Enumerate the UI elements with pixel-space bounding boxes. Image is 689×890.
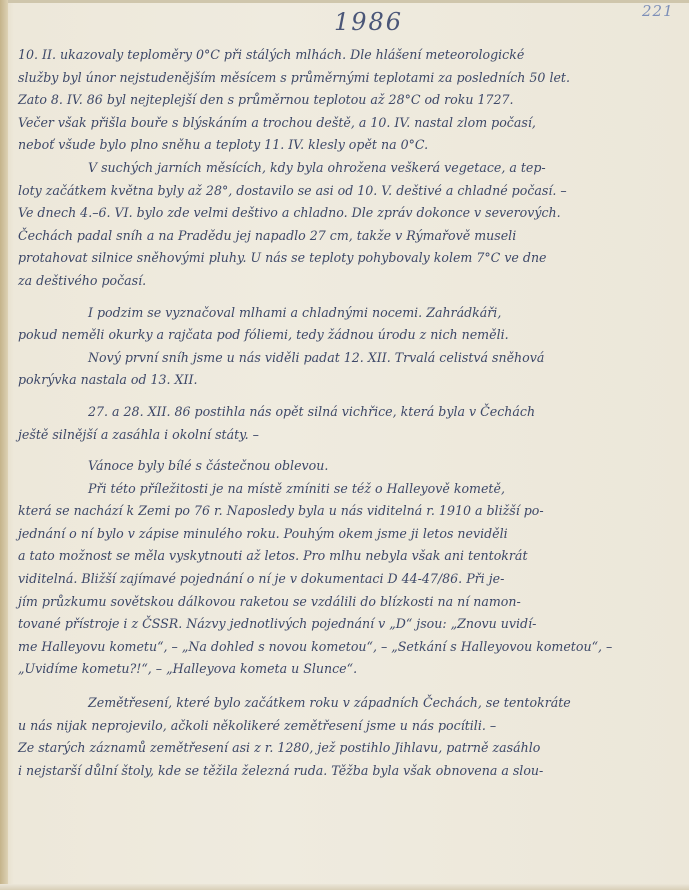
text-line: služby byl únor nejstudenějším měsícem s… [18, 67, 648, 90]
year-heading: 1986 [334, 8, 403, 36]
chronicle-page: 221 1986 10. II. ukazovaly teploměry 0°C… [0, 0, 689, 890]
text-line: viditelná. Bližší zajímavé pojednání o n… [18, 568, 648, 591]
text-line: Vánoce byly bílé s částečnou oblevou. [18, 455, 648, 478]
text-line: pokud neměli okurky a rajčata pod fóliem… [18, 324, 648, 347]
text-line: Večer však přišla bouře s blýskáním a tr… [18, 112, 648, 135]
text-line: která se nachází k Zemi po 76 r. Naposle… [18, 500, 648, 523]
text-line: Zato 8. IV. 86 byl nejteplejší den s prů… [18, 89, 648, 112]
text-line: Zemětřesení, které bylo začátkem roku v … [18, 692, 648, 715]
text-line: u nás nijak neprojevilo, ačkoli několike… [18, 715, 648, 738]
text-line: Ve dnech 4.–6. VI. bylo zde velmi deštiv… [18, 202, 648, 225]
page-number: 221 [642, 2, 674, 20]
text-line: Čechách padal sníh a na Pradědu jej napa… [18, 225, 648, 248]
text-line: jednání o ní bylo v zápise minulého roku… [18, 523, 648, 546]
text-line: Ze starých záznamů zemětřesení asi z r. … [18, 737, 648, 760]
text-line: tované přístroje i z ČSSR. Názvy jednotl… [18, 613, 648, 636]
book-binding-edge [0, 0, 8, 890]
text-line: I podzim se vyznačoval mlhami a chladným… [18, 302, 648, 325]
text-line: za deštivého počasí. [18, 270, 648, 293]
text-line: neboť všude bylo plno sněhu a teploty 11… [18, 134, 648, 157]
text-line: i nejstarší důlní štoly, kde se těžila ž… [18, 760, 648, 783]
handwritten-text-block: 10. II. ukazovaly teploměry 0°C při stál… [18, 44, 648, 782]
text-line: Při této příležitosti je na místě zmínit… [18, 478, 648, 501]
text-line: 10. II. ukazovaly teploměry 0°C při stál… [18, 44, 648, 67]
text-line: ještě silnější a zasáhla i okolní státy.… [18, 424, 648, 447]
page-top-edge [0, 0, 689, 3]
text-line: jím průzkumu sovětskou dálkovou raketou … [18, 591, 648, 614]
text-line: loty začátkem května byly až 28°, dostav… [18, 180, 648, 203]
text-line: pokrývka nastala od 13. XII. [18, 369, 648, 392]
text-line: V suchých jarních měsících, kdy byla ohr… [18, 157, 648, 180]
text-line: „Uvidíme kometu?!“, – „Halleyova kometa … [18, 658, 648, 681]
text-line: me Halleyovu kometu“, – „Na dohled s nov… [18, 636, 648, 659]
page-bottom-edge [0, 884, 689, 890]
text-line: Nový první sníh jsme u nás viděli padat … [18, 347, 648, 370]
text-line: a tato možnost se měla vyskytnouti až le… [18, 545, 648, 568]
text-line: 27. a 28. XII. 86 postihla nás opět siln… [18, 401, 648, 424]
text-line: protahovat silnice sněhovými pluhy. U ná… [18, 247, 648, 270]
